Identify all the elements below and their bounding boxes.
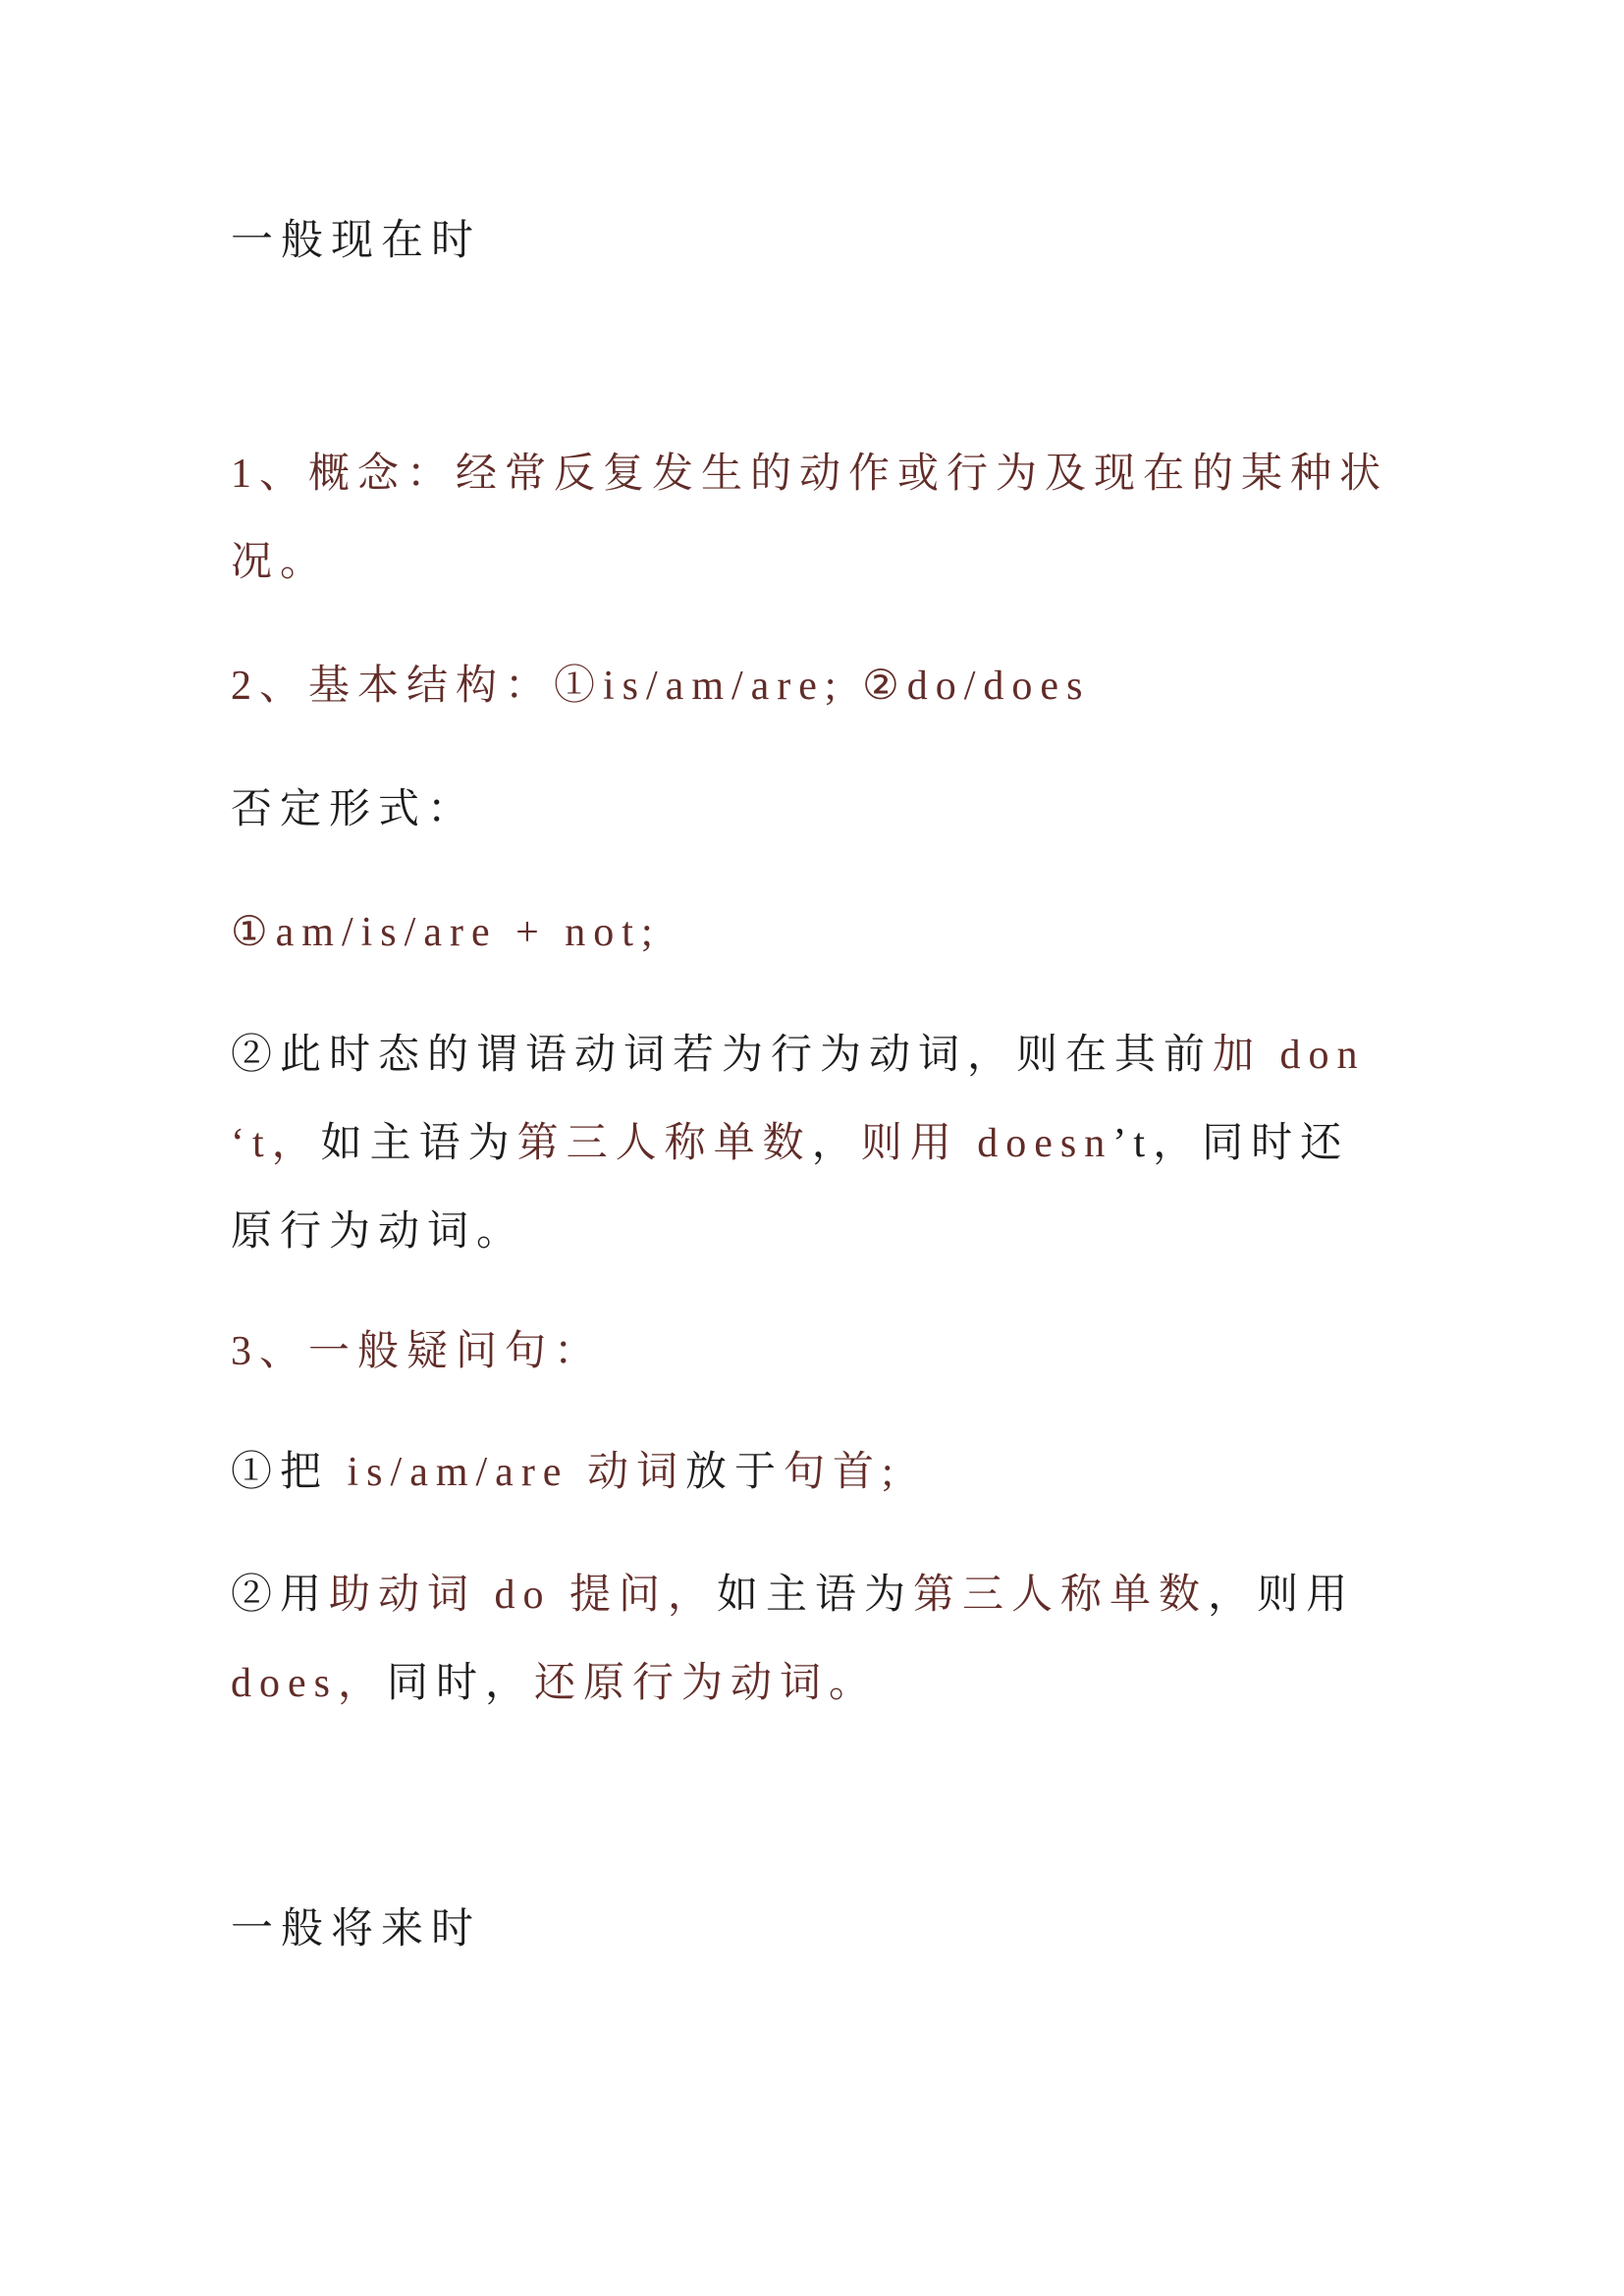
text-run: ‘t， (231, 1121, 321, 1166)
para-concept-line-2: 况。 (231, 538, 1458, 587)
para-negative-2-line-2: ‘t，如主语为第三人称单数，则用 doesn’t，同时还 (231, 1119, 1458, 1168)
text-run: 助动词 do 提问， (329, 1573, 717, 1618)
text-run: ①am/is/are + not; (231, 910, 661, 955)
para-question-label: 3、一般疑问句： (231, 1327, 1458, 1376)
text-run: 一般现在时 (231, 218, 481, 264)
text-run: 加 don (1213, 1033, 1366, 1078)
text-run: 一般将来时 (231, 1906, 481, 1952)
text-run: 还原行为动词。 (534, 1661, 878, 1706)
text-run: ’t，同时还 (1112, 1121, 1349, 1166)
text-run: 2、基本结构：①is/am/are; ②do/does (231, 664, 1090, 709)
text-run: does， (231, 1661, 387, 1706)
text-run: 则用 doesn (861, 1121, 1113, 1166)
para-question-2-line-1: ②用助动词 do 提问，如主语为第三人称单数，则用 (231, 1571, 1458, 1620)
document-page: 一般现在时1、概念：经常反复发生的动作或行为及现在的某种状况。2、基本结构：①i… (0, 0, 1624, 2296)
text-run: 1、概念：经常反复发生的动作或行为及现在的某种状 (231, 452, 1388, 497)
para-structure: 2、基本结构：①is/am/are; ②do/does (231, 662, 1458, 711)
text-run: 况。 (231, 540, 329, 585)
text-run: 原行为动词。 (231, 1209, 525, 1255)
heading-present-tense: 一般现在时 (231, 216, 1458, 267)
text-run: 同时， (387, 1661, 534, 1706)
para-question-2-line-2: does，同时，还原行为动词。 (231, 1659, 1458, 1708)
text-run: 放于 (685, 1450, 784, 1495)
para-negative-2-line-1: ②此时态的谓语动词若为行为动词，则在其前加 don (231, 1031, 1458, 1080)
text-run: ②用 (231, 1573, 329, 1618)
para-negative-2-line-3: 原行为动词。 (231, 1207, 1458, 1256)
para-negative-1: ①am/is/are + not; (231, 908, 1458, 957)
text-run: 如主语为 (321, 1121, 517, 1166)
text-run: ②此时态的谓语动词若为行为动词，则在其前 (231, 1033, 1213, 1078)
text-run: 否定形式： (231, 787, 476, 832)
text-run: 句首; (784, 1450, 901, 1495)
heading-future-tense: 一般将来时 (231, 1904, 1458, 1955)
para-question-1: ①把 is/am/are 动词放于句首; (231, 1448, 1458, 1497)
text-run: ，则用 (1208, 1573, 1355, 1618)
para-negative-label: 否定形式： (231, 785, 1458, 834)
text-run: 如主语为 (717, 1573, 913, 1618)
para-concept-line-1: 1、概念：经常反复发生的动作或行为及现在的某种状 (231, 450, 1458, 499)
text-run: 第三人称单数 (517, 1121, 812, 1166)
text-run: 3、一般疑问句： (231, 1329, 603, 1374)
text-run: is/am/are 动词 (329, 1450, 685, 1495)
text-run: ， (812, 1121, 861, 1166)
text-run: ①把 (231, 1450, 329, 1495)
text-run: 第三人称单数 (913, 1573, 1208, 1618)
